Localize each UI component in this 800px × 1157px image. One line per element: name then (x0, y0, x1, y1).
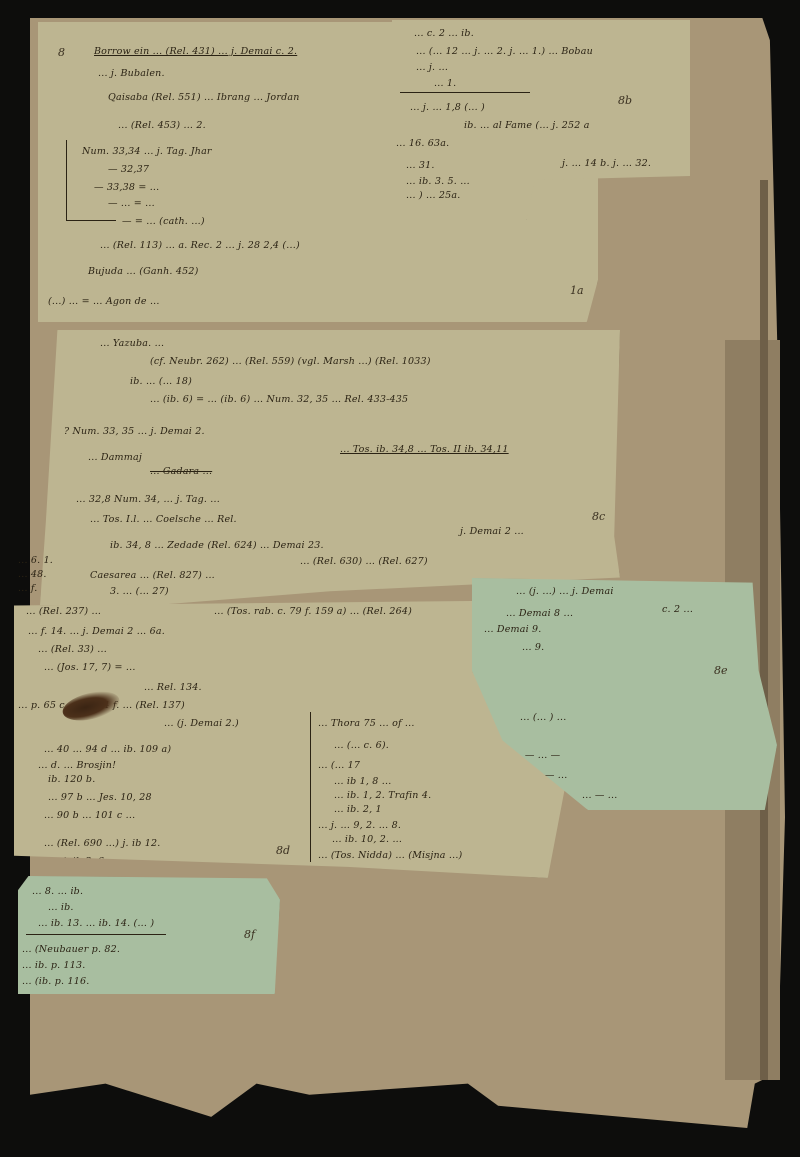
note-line: ... 16. 63a. (396, 138, 449, 149)
note-line: — = ... (cath. ...) (122, 216, 205, 227)
divider (400, 92, 530, 93)
note-line: Caesarea ... (Rel. 827) ... (90, 570, 215, 581)
note-line: ... (j. ...) ... j. Demai (516, 586, 614, 597)
note-line: ... j. ... 1,8 (... ) (410, 102, 485, 113)
column-divider (310, 712, 311, 862)
note-line: ib. 120 b. (48, 774, 95, 785)
note-line: 3. ... (... 27) (110, 586, 169, 597)
note-line: j. Demai 2 ... (460, 526, 524, 537)
margin-note: ... 6. 1. (18, 555, 53, 566)
note-line: ... (... c. 6). (334, 740, 389, 751)
note-line: ... ib. 13. ... ib. 14. (... ) (38, 918, 154, 929)
note-line: ... Demai 9. (484, 624, 542, 635)
margin-note: ... f. (18, 583, 37, 594)
note-line: ... ib 1, 8 ... (334, 776, 391, 787)
note-line: ... — ... (582, 790, 617, 801)
note-line: ... (Rel. 453) ... 2. (118, 120, 206, 131)
bracket-line (66, 220, 116, 221)
page-marker: 8c (592, 510, 605, 523)
note-line: ... (j. Demai 2.) (164, 718, 239, 729)
note-line: ... 97 b ... Jes. 10, 28 (48, 792, 152, 803)
note-slip-6: 8f ... 8. ... ib. ... ib. ... ib. 13. ..… (18, 876, 280, 994)
note-line: ... (Rel. 237) ... (26, 606, 101, 617)
note-line: ... (... ) ... (520, 712, 566, 723)
margin-note: ... 48. (18, 569, 47, 580)
note-line: ... (Rel. 113) ... a. Rec. 2 ... j. 28 2… (100, 240, 300, 251)
page-marker: 1a (570, 284, 584, 297)
note-line: ... 1. (434, 78, 456, 89)
note-line: ... f. 14. ... j. Demai 2 ... 6a. (28, 626, 165, 637)
note-line: ... Yazuba. ... (100, 338, 164, 349)
note-line: ... 9. (522, 642, 544, 653)
note-line: (...) ... = ... Agon de ... (48, 296, 160, 307)
note-line: ... (... 17 (318, 760, 360, 771)
note-line: ... (Rel. 690 ...) j. ib 12. (44, 838, 160, 849)
note-line: ... Rel. 134. (144, 682, 202, 693)
page-marker: 8e (714, 664, 728, 677)
note-line: ... ib. (48, 902, 74, 913)
note-line: — 32,37 (108, 164, 149, 175)
note-line: ... ib. 10, 2. ... (332, 834, 402, 845)
note-line: ... 40 ... 94 d ... ib. 109 a) (44, 744, 171, 755)
note-line: ... (Jos. 17, 7) = ... (44, 662, 136, 673)
note-line: ... ib. 2, 1 (334, 804, 382, 815)
note-line: ... c. 2 ... ib. (414, 28, 474, 39)
note-line: Bujuda ... (Ganh. 452) (88, 266, 198, 277)
note-line: ... 90 b ... 101 c ... (44, 810, 135, 821)
page-marker: 8f (244, 928, 255, 941)
note-line: Qaisaba (Rel. 551) ... Ibrang ... Jordan (108, 92, 300, 103)
bracket-line (66, 140, 67, 220)
note-line: Num. 33,34 ... j. Tag. Jhar (82, 146, 212, 157)
note-line: ... d. ... Brosjin! (38, 760, 116, 771)
note-line: — 33,38 = ... (94, 182, 159, 193)
note-line: ... Dammaj (88, 452, 142, 463)
note-line: ... Tos. ib. 34,8 ... Tos. II ib. 34,11 (340, 444, 509, 455)
note-line: ... (Rel. 630) ... (Rel. 627) (300, 556, 428, 567)
note-line: j. ... 14 b. j. ... 32. (562, 158, 651, 169)
note-line: ... Thora 75 ... of ... (318, 718, 415, 729)
note-line: ... j. ... (416, 62, 448, 73)
note-slip-3: 8c ... Yazuba. ... (cf. Neubr. 262) ... … (40, 330, 620, 605)
note-line: ... 8. ... ib. (32, 886, 83, 897)
note-line: ... Tos. I.l. ... Coelsche ... Rel. (90, 514, 237, 525)
note-line: c. 2 ... (662, 604, 693, 615)
note-line: ... (ib. p. 116. (22, 976, 89, 987)
note-line: — ... = ... (108, 198, 155, 209)
note-line: ... Gadara ... (150, 466, 212, 477)
note-line: ... (Tos. rab. c. 79 f. 159 a) ... (Rel.… (214, 606, 412, 617)
note-line: (cf. Neubr. 262) ... (Rel. 559) (vgl. Ma… (150, 356, 431, 367)
page-number: 8 (58, 46, 65, 59)
note-line: ib. ... al Fame (... j. 252 a (464, 120, 590, 131)
note-line: ib. 34, 8 ... Zedade (Rel. 624) ... Dema… (110, 540, 324, 551)
note-line: ... (ib. 6) = ... (ib. 6) ... Num. 32, 3… (150, 394, 408, 405)
note-line: ? Num. 33, 35 ... j. Demai 2. (64, 426, 205, 437)
note-line: ... (... 12 ... j. ... 2. j. ... 1.) ...… (416, 46, 593, 57)
divider (26, 934, 166, 935)
page-marker: 8d (276, 844, 290, 857)
note-line: ... ib. p. 113. (22, 960, 86, 971)
note-line: ... 31. (406, 160, 435, 171)
note-line: ib. ... (... 18) (130, 376, 192, 387)
note-line: ... Demai 8 ... (506, 608, 573, 619)
note-line: Borrow ein ... (Rel. 431) ... j. Demai c… (94, 46, 297, 57)
page-marker: 8b (618, 94, 632, 107)
note-line: ... j. ... 9, 2. ... 8. (318, 820, 401, 831)
note-line: ... (Neubauer p. 82. (22, 944, 120, 955)
note-line: ... 32,8 Num. 34, ... j. Tag. ... (76, 494, 220, 505)
note-line: ... ) ... 25a. (406, 190, 460, 201)
note-line: ... ib. 1, 2. Trafin 4. (334, 790, 431, 801)
note-line: ... ib. 3. 5. ... (406, 176, 470, 187)
note-line: ... j. Bubalen. (98, 68, 165, 79)
note-line: ... (Rel. 33) ... (38, 644, 107, 655)
note-line: ... (Tos. Nidda) ... (Misjna ...) (318, 850, 462, 861)
page-edge (760, 180, 768, 1080)
